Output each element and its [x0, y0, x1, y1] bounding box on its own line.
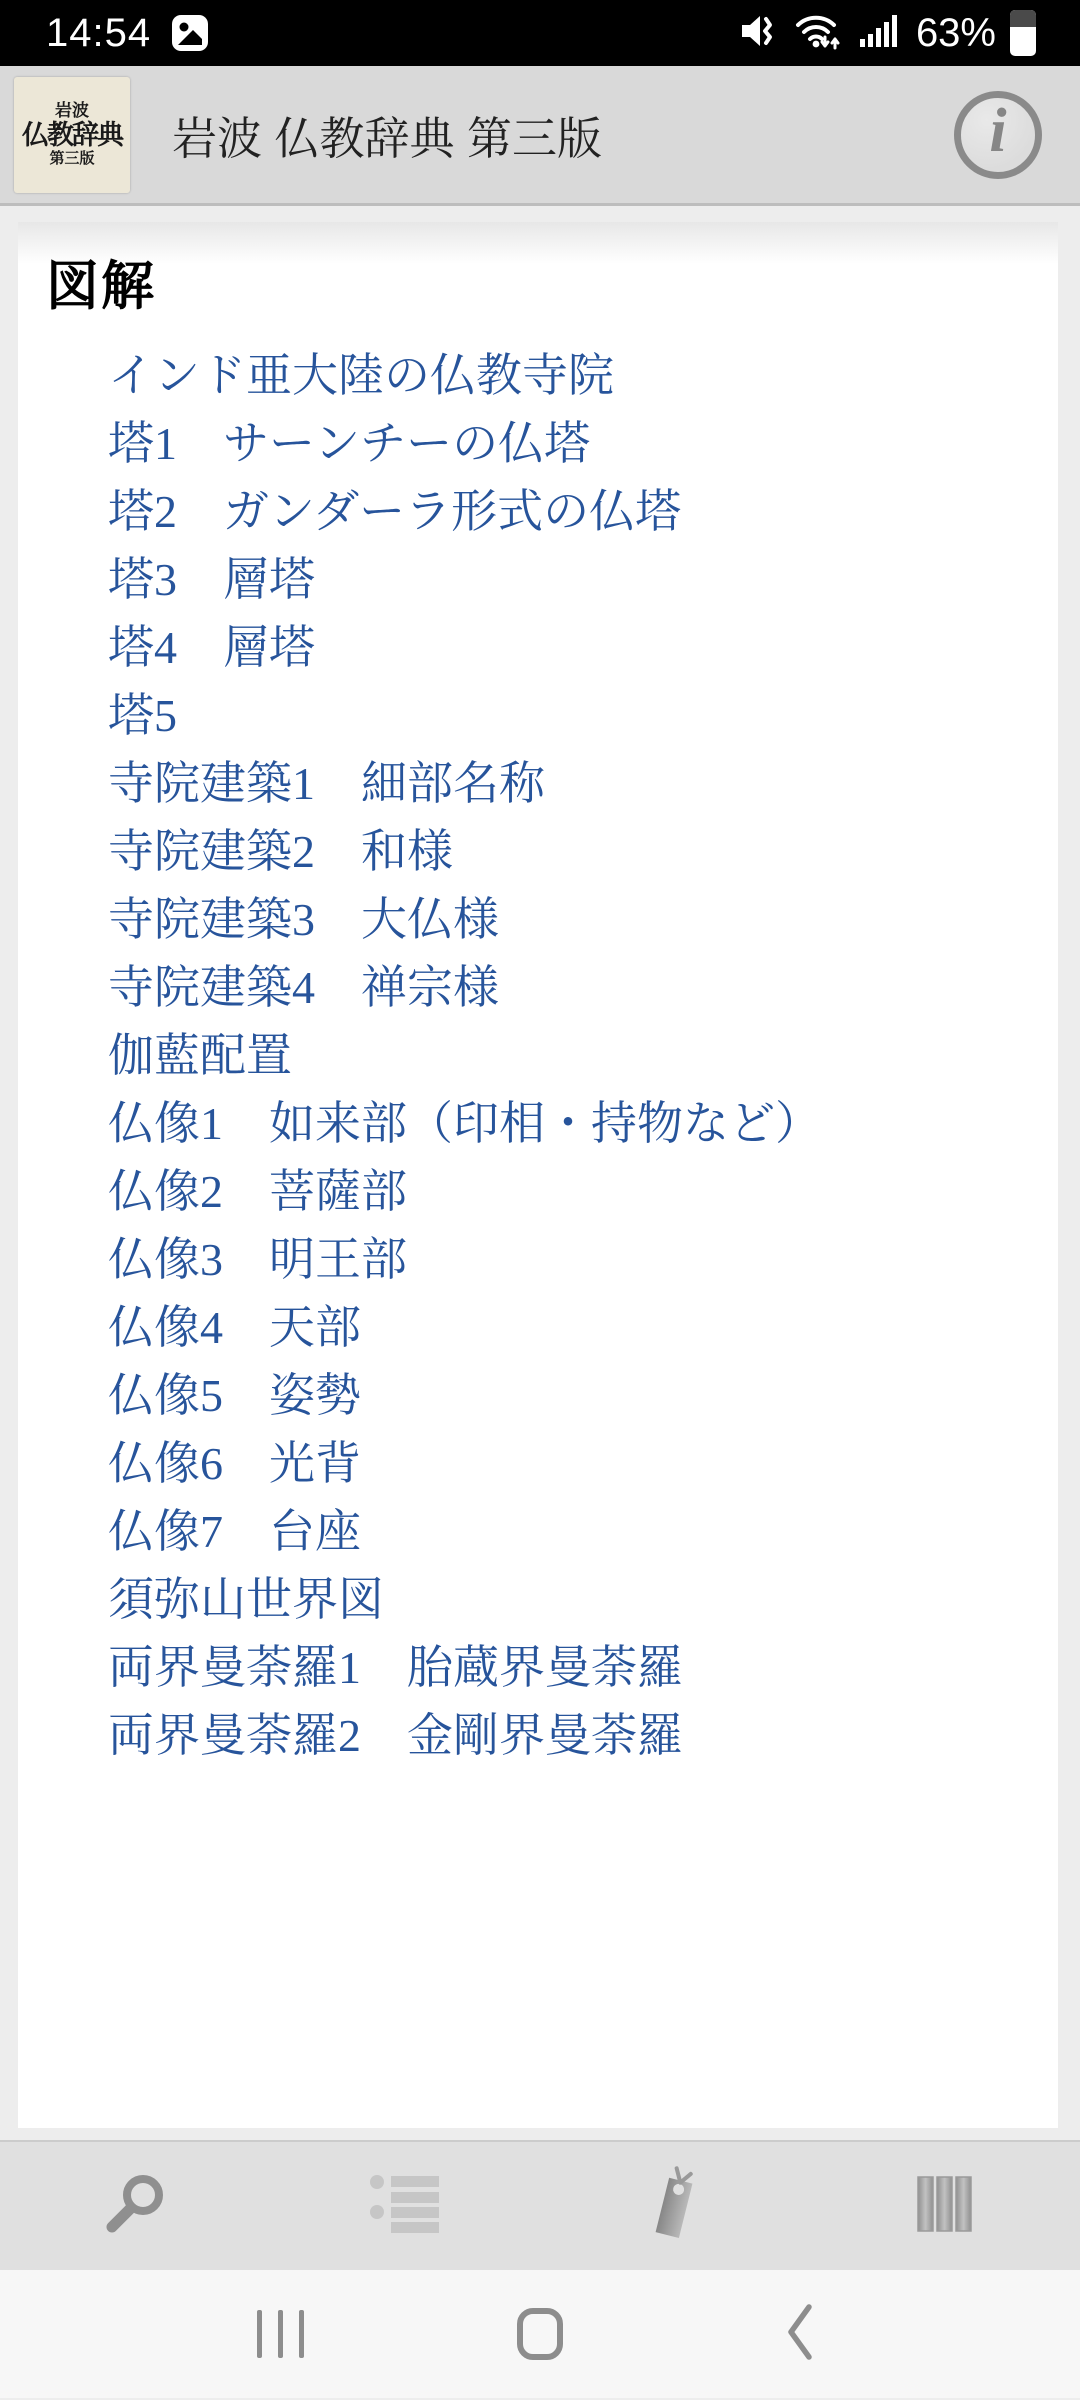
search-icon: [99, 2168, 171, 2245]
bookmark-tag-icon: [639, 2166, 711, 2247]
cover-edition: 第三版: [49, 151, 94, 168]
figure-link[interactable]: 寺院建築2 和様: [108, 818, 1058, 886]
page-title: 図解: [46, 244, 1058, 320]
figure-link[interactable]: 塔3 層塔: [108, 546, 1058, 614]
figure-link[interactable]: 塔1 サーンチーの仏塔: [108, 410, 1058, 478]
app-header: 岩波 仏教辞典 第三版 岩波 仏教辞典 第三版 i: [0, 66, 1080, 206]
cover-title: 仏教辞典: [22, 120, 122, 151]
bookmark-button[interactable]: [540, 2142, 810, 2270]
mute-icon: [734, 9, 778, 58]
android-navbar: [0, 2270, 1080, 2398]
figures-page: 図解 インド亜大陸の仏教寺院 塔1 サーンチーの仏塔 塔2 ガンダーラ形式の仏塔…: [18, 222, 1058, 2128]
columns-icon: [914, 2175, 976, 2238]
index-list-icon: [369, 2174, 441, 2239]
bottom-toolbar: [0, 2140, 1080, 2270]
wifi-icon: [792, 9, 844, 58]
home-icon: [517, 2308, 563, 2360]
index-list-button[interactable]: [270, 2142, 540, 2270]
app-title: 岩波 仏教辞典 第三版: [172, 102, 602, 167]
figure-link[interactable]: 仏像5 姿勢: [108, 1362, 1058, 1430]
figure-link[interactable]: 仏像3 明王部: [108, 1226, 1058, 1294]
battery-icon: [1010, 10, 1036, 56]
figure-link[interactable]: 仏像4 天部: [108, 1294, 1058, 1362]
figure-link[interactable]: 塔4 層塔: [108, 614, 1058, 682]
home-button[interactable]: [410, 2270, 670, 2398]
figure-link[interactable]: 仏像7 台座: [108, 1498, 1058, 1566]
signal-icon: [858, 9, 902, 58]
battery-percent: 63%: [916, 11, 996, 56]
photo-notification-icon: [169, 12, 211, 54]
figure-link[interactable]: 両界曼荼羅2 金剛界曼荼羅: [108, 1702, 1058, 1770]
content-area: 図解 インド亜大陸の仏教寺院 塔1 サーンチーの仏塔 塔2 ガンダーラ形式の仏塔…: [0, 206, 1080, 2140]
figure-link[interactable]: 寺院建築1 細部名称: [108, 750, 1058, 818]
figure-link[interactable]: インド亜大陸の仏教寺院: [108, 342, 1058, 410]
figure-link[interactable]: 両界曼荼羅1 胎蔵界曼荼羅: [108, 1634, 1058, 1702]
app-cover-thumbnail: 岩波 仏教辞典 第三版: [14, 77, 130, 193]
figure-link[interactable]: 仏像1 如来部（印相・持物など）: [108, 1090, 1058, 1158]
columns-button[interactable]: [810, 2142, 1080, 2270]
status-bar: 14:54: [0, 0, 1080, 66]
search-button[interactable]: [0, 2142, 270, 2270]
back-icon: [778, 2303, 822, 2366]
figure-link[interactable]: 寺院建築4 禅宗様: [108, 954, 1058, 1022]
figure-link[interactable]: 塔5: [108, 682, 1058, 750]
cover-publisher: 岩波: [55, 101, 89, 121]
figure-link-list: インド亜大陸の仏教寺院 塔1 サーンチーの仏塔 塔2 ガンダーラ形式の仏塔 塔3…: [108, 342, 1058, 1770]
figure-link[interactable]: 塔2 ガンダーラ形式の仏塔: [108, 478, 1058, 546]
figure-link[interactable]: 寺院建築3 大仏様: [108, 886, 1058, 954]
recents-button[interactable]: [150, 2270, 410, 2398]
clock: 14:54: [46, 11, 151, 56]
figure-link[interactable]: 伽藍配置: [108, 1022, 1058, 1090]
info-icon[interactable]: i: [954, 91, 1042, 179]
figure-link[interactable]: 仏像6 光背: [108, 1430, 1058, 1498]
figure-link[interactable]: 仏像2 菩薩部: [108, 1158, 1058, 1226]
figure-link[interactable]: 須弥山世界図: [108, 1566, 1058, 1634]
back-button[interactable]: [670, 2270, 930, 2398]
recents-icon: [257, 2310, 304, 2358]
